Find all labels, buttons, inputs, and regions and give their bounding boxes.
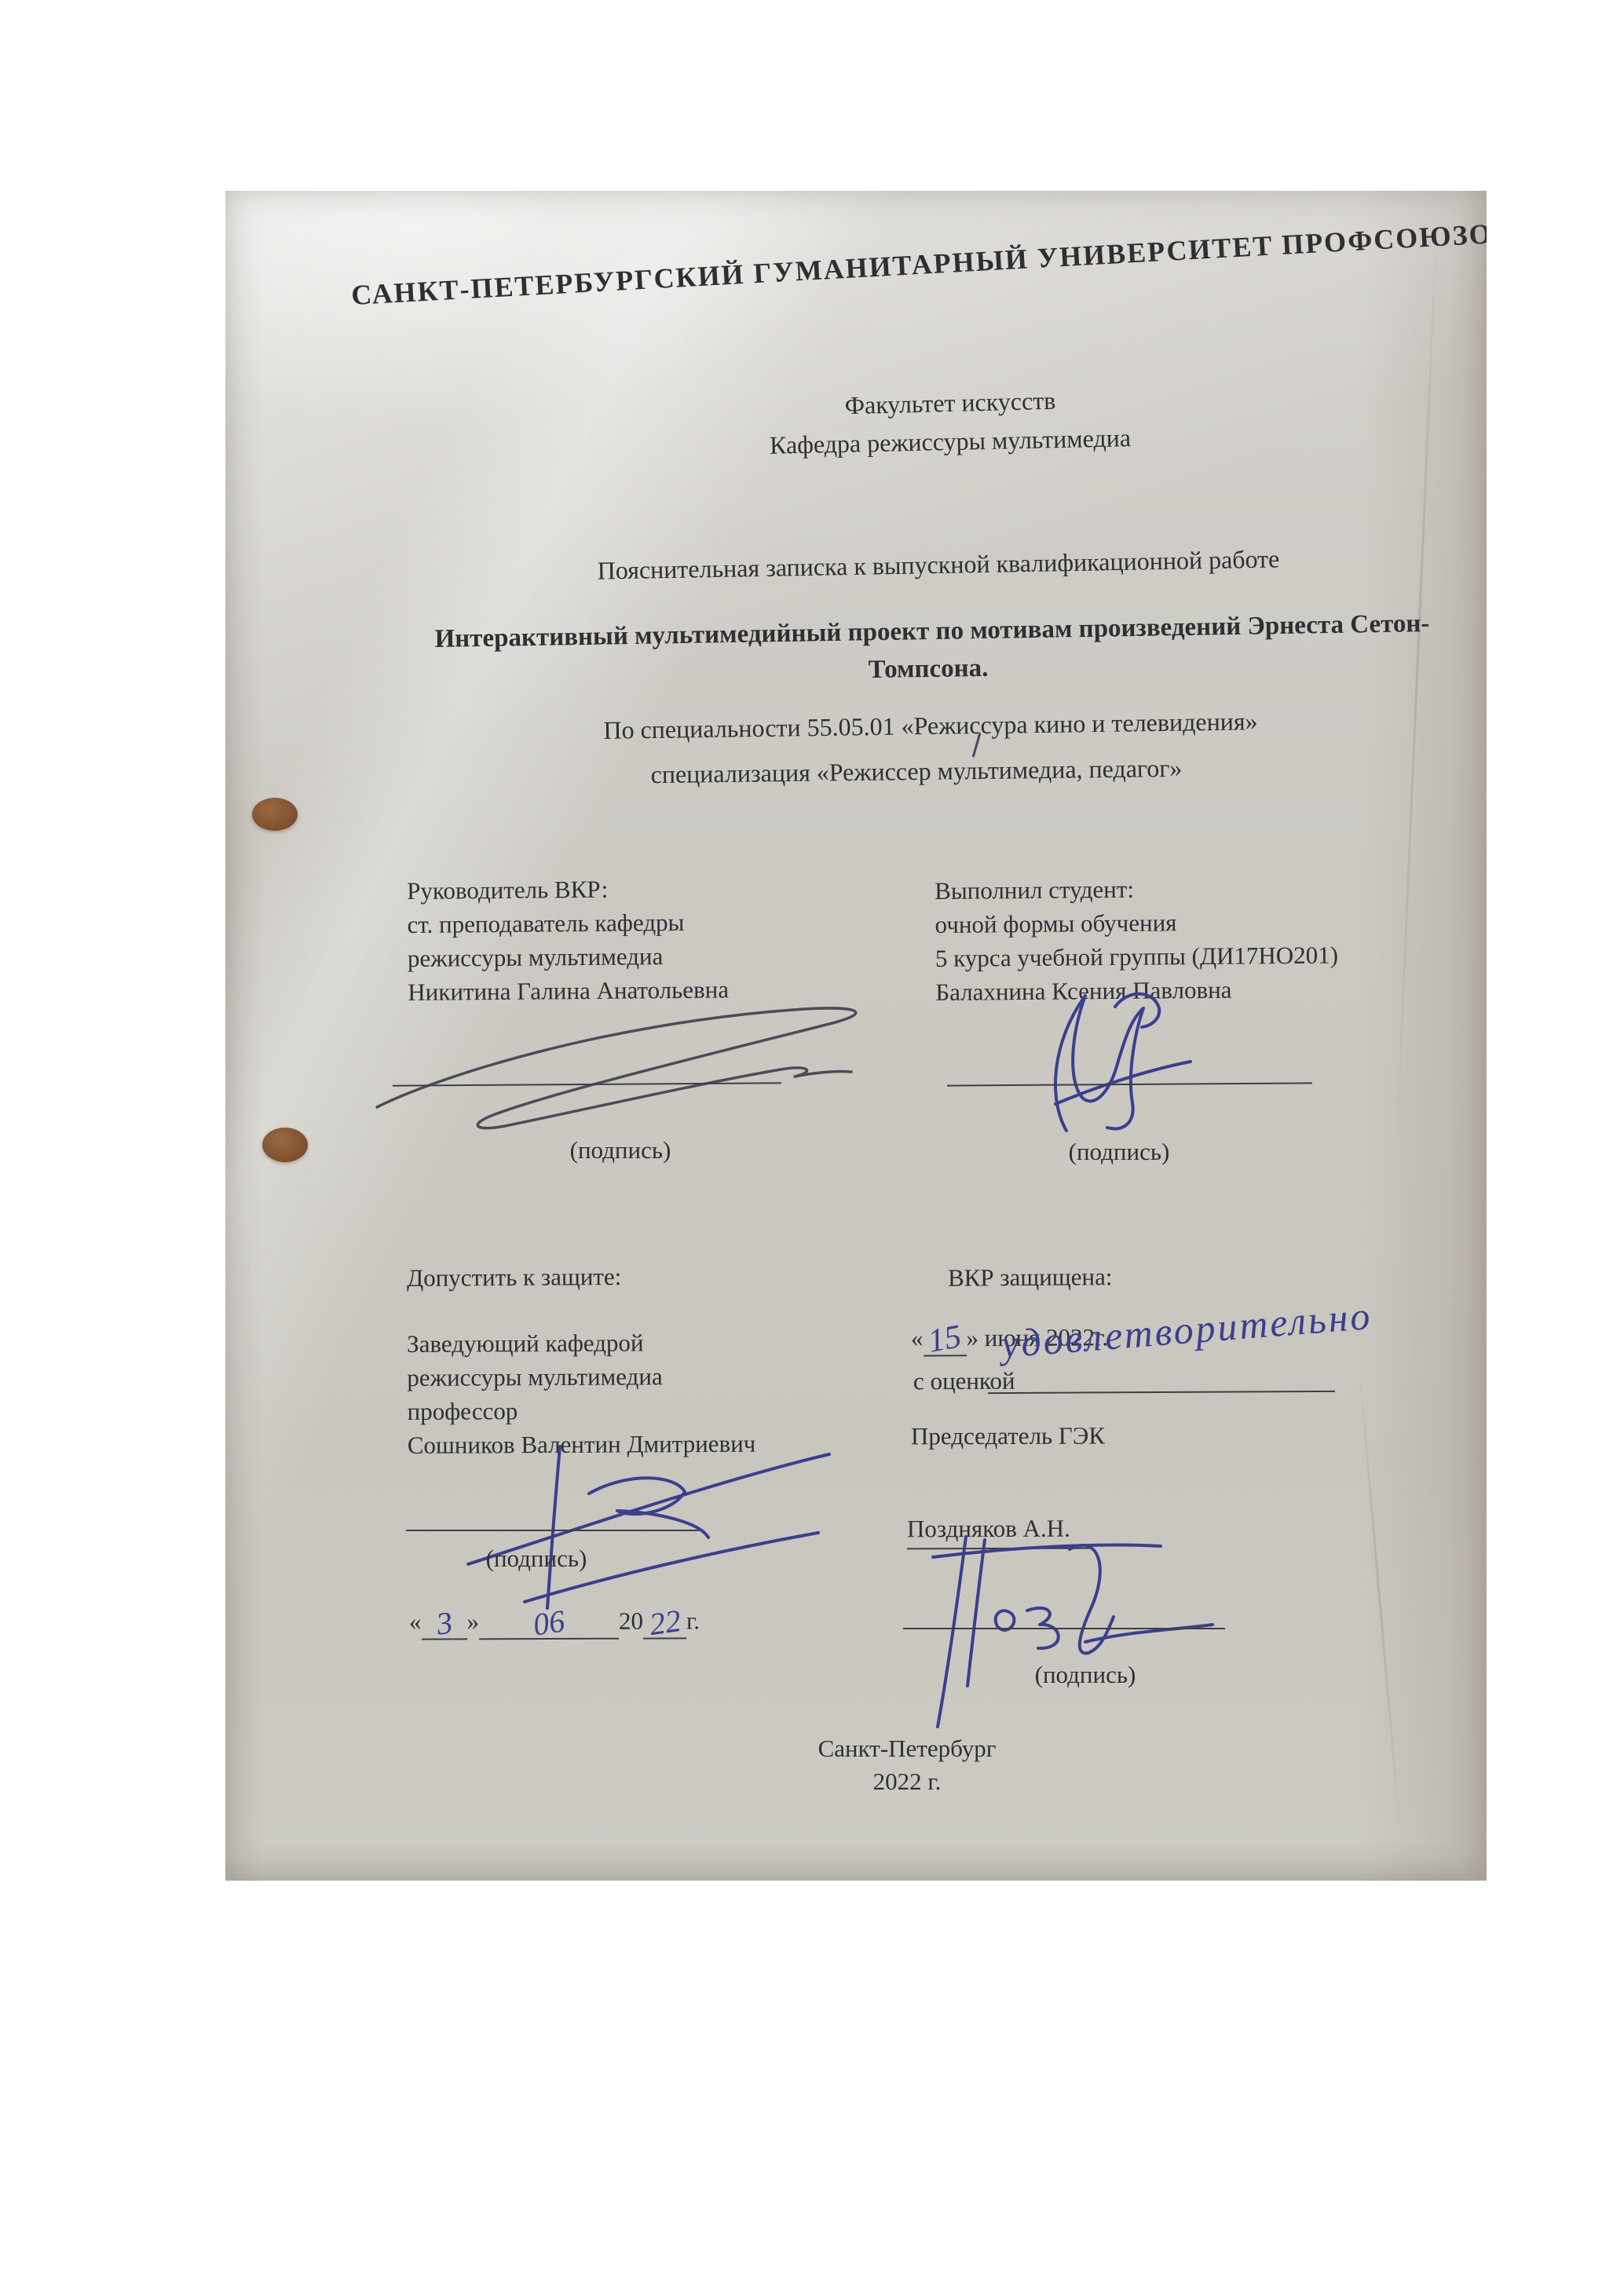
supervisor-signature-caption: (подпись) — [503, 1133, 738, 1167]
supervisor-signature — [369, 997, 935, 1139]
admission-date-year-underline: 22 — [643, 1601, 686, 1639]
defense-grade-handwritten: удовлетворительно — [1000, 1299, 1373, 1362]
specialty-line: По специальности 55.05.01 «Режиссура кин… — [300, 700, 1487, 751]
university-title: САНКТ-ПЕТЕРБУРГСКИЙ ГУМАНИТАРНЫЙ УНИВЕРС… — [302, 214, 1487, 316]
student-heading: Выполнил студент: — [935, 871, 1337, 908]
student-signature — [1021, 980, 1202, 1137]
admission-date-row: «3»062022г. — [409, 1601, 700, 1640]
admission-signature-caption: (подпись) — [419, 1541, 654, 1575]
admission-line1: Заведующий кафедрой — [407, 1325, 755, 1361]
admission-heading: Допустить к защите: — [407, 1260, 622, 1295]
defense-date-day-handwritten: 15 — [926, 1320, 964, 1359]
admission-date-close-quote: » — [466, 1607, 479, 1635]
admission-date-day-underline: 3 — [421, 1602, 466, 1640]
admission-line3: профессор — [407, 1393, 755, 1428]
signature-line — [406, 1530, 699, 1531]
student-line1: очной формы обучения — [935, 905, 1337, 941]
supervisor-position-line2: режиссуры мультимедиа — [408, 938, 729, 975]
hole-punch-bottom — [262, 1128, 308, 1162]
admission-date-year-handwritten: 22 — [647, 1603, 683, 1641]
paper-crease — [1395, 230, 1437, 1156]
student-line2: 5 курса учебной группы (ДИ17НО201) — [935, 938, 1338, 975]
admission-date-year-prefix: 20 — [619, 1607, 643, 1635]
grade-underline — [988, 1391, 1335, 1394]
defense-chairman-label: Председатель ГЭК — [911, 1419, 1105, 1453]
supervisor-block: Руководитель ВКР: ст. преподаватель кафе… — [407, 871, 729, 1009]
defense-date-open-quote: « — [911, 1325, 924, 1352]
admission-line2: режиссуры мультимедиа — [407, 1359, 755, 1395]
supervisor-heading: Руководитель ВКР: — [407, 871, 728, 908]
admission-date-month-handwritten: 06 — [531, 1603, 567, 1641]
admission-date-month-underline: 06 — [479, 1602, 619, 1640]
footer-year: 2022 г. — [276, 1764, 1487, 1798]
dept-head-signature — [455, 1445, 840, 1610]
supervisor-position-line1: ст. преподаватель кафедры — [407, 905, 728, 941]
student-signature-caption: (подпись) — [1001, 1135, 1237, 1168]
admission-date-suffix: г. — [686, 1607, 700, 1634]
document-photo: САНКТ-ПЕТЕРБУРГСКИЙ ГУМАНИТАРНЫЙ УНИВЕРС… — [225, 191, 1487, 1881]
admission-date-day-handwritten: 3 — [434, 1605, 455, 1640]
admission-date-open-quote: « — [409, 1608, 422, 1636]
footer-city: Санкт-Петербург — [276, 1731, 1487, 1765]
defense-heading: ВКР защищена: — [948, 1260, 1113, 1294]
subtitle-line: Пояснительная записка к выпускной квалиф… — [308, 537, 1487, 593]
admission-block: Заведующий кафедрой режиссуры мультимеди… — [407, 1325, 755, 1462]
hole-punch-top — [252, 798, 298, 831]
specialization-line: специализация «Режиссер мультимедиа, пед… — [286, 747, 1487, 796]
chairman-signature-caption: (подпись) — [967, 1658, 1203, 1691]
signature-line — [903, 1628, 1225, 1629]
defense-date-day-underline: 15 — [923, 1319, 966, 1356]
